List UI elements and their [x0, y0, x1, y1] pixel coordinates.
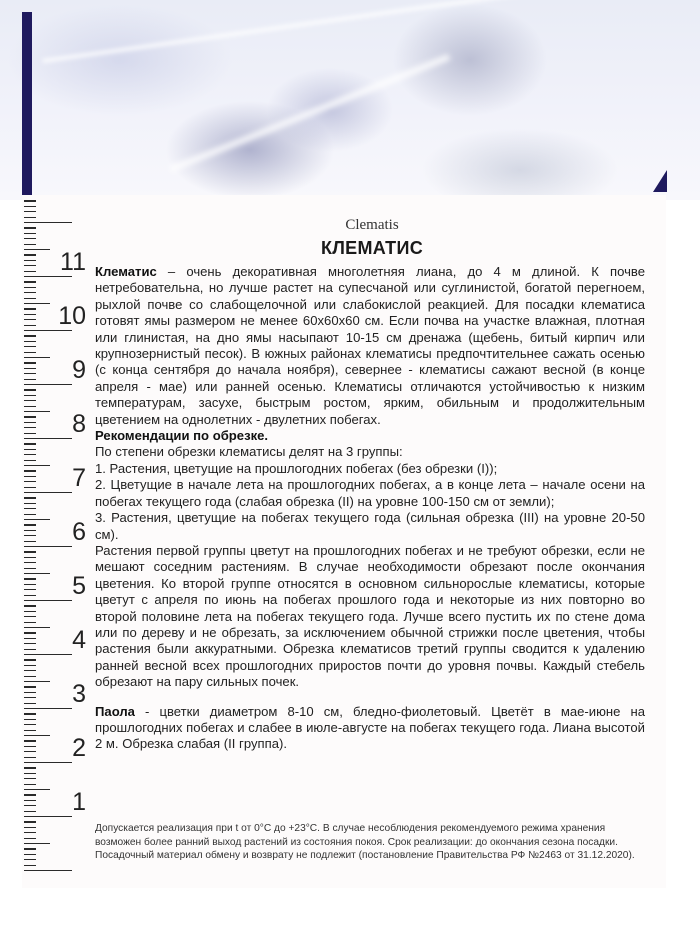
page-title: КЛЕМАТИС — [22, 238, 700, 259]
ruler-tick — [24, 292, 36, 293]
ruler-number: 3 — [56, 682, 86, 707]
ruler-tick — [24, 838, 36, 839]
ruler-tick — [24, 546, 72, 547]
ruler-tick — [24, 751, 36, 752]
ruler-tick — [24, 422, 36, 423]
ruler-tick — [24, 600, 72, 601]
ruler-tick — [24, 740, 36, 741]
ruler-tick — [24, 265, 36, 266]
latin-name: Clematis — [22, 217, 700, 234]
footer-line: Допускается реализация при t от 0°С до +… — [95, 822, 655, 836]
ruler-tick — [24, 670, 36, 671]
pruning-heading: Рекомендации по обрезке. — [95, 428, 645, 444]
ruler-tick — [24, 335, 36, 336]
ruler-number: 6 — [56, 520, 86, 545]
ruler-number: 7 — [56, 466, 86, 491]
ruler-tick — [24, 865, 36, 866]
ruler-tick — [24, 460, 36, 461]
ruler-tick — [24, 314, 36, 315]
ruler-tick — [24, 514, 36, 515]
variety-name: Паола — [95, 704, 135, 719]
ruler-tick — [24, 870, 72, 871]
ruler-number: 1 — [56, 790, 86, 815]
variety-paragraph: Паола - цветки диаметром 8-10 см, бледно… — [95, 704, 645, 753]
ruler-tick — [24, 352, 36, 353]
ruler-tick — [24, 319, 36, 320]
ruler-tick — [24, 524, 36, 525]
ruler-tick — [24, 497, 36, 498]
ruler-tick — [24, 719, 36, 720]
ruler-tick — [24, 465, 50, 466]
ruler-tick — [24, 713, 36, 714]
ruler-tick — [24, 541, 36, 542]
ruler-tick — [24, 200, 36, 201]
ruler-tick — [24, 843, 50, 844]
ruler-tick — [24, 735, 50, 736]
ruler-number: 5 — [56, 574, 86, 599]
ruler-tick — [24, 562, 36, 563]
ruler-tick — [24, 271, 36, 272]
ruler-tick — [24, 287, 36, 288]
ruler-tick — [24, 811, 36, 812]
ruler-tick — [24, 400, 36, 401]
ruler-number: 8 — [56, 412, 86, 437]
ruler-tick — [24, 730, 36, 731]
ruler-tick — [24, 346, 36, 347]
ruler-tick — [24, 605, 36, 606]
ruler-tick — [24, 794, 36, 795]
ruler-tick — [24, 681, 50, 682]
ruler-tick — [24, 773, 36, 774]
ruler-tick — [24, 557, 36, 558]
package-border-right — [653, 170, 667, 192]
ruler-tick — [24, 384, 72, 385]
ruler-tick — [24, 568, 36, 569]
footer-line: Посадочный материал обмену и возврату не… — [95, 849, 655, 863]
ruler-tick — [24, 487, 36, 488]
ruler-tick — [24, 573, 50, 574]
ruler-tick — [24, 503, 36, 504]
ruler-tick — [24, 708, 72, 709]
ruler-tick — [24, 816, 72, 817]
ruler-tick — [24, 676, 36, 677]
ruler-tick — [24, 357, 50, 358]
ruler-tick — [24, 805, 36, 806]
ruler-tick — [24, 362, 36, 363]
ruler-tick — [24, 330, 72, 331]
ruler-tick — [24, 800, 36, 801]
ruler: 1110987654321 — [22, 195, 82, 888]
ruler-tick — [24, 686, 36, 687]
ruler-tick — [24, 632, 36, 633]
variety-text: - цветки диаметром 8-10 см, бледно-фиоле… — [95, 704, 645, 752]
ruler-tick — [24, 627, 50, 628]
ruler-tick — [24, 433, 36, 434]
ruler-tick — [24, 859, 36, 860]
pruning-group-2: 2. Цветущие в начале лета на прошлогодни… — [95, 477, 645, 510]
ruler-tick — [24, 303, 50, 304]
ruler-tick — [24, 584, 36, 585]
ruler-tick — [24, 595, 36, 596]
ruler-tick — [24, 784, 36, 785]
ruler-tick — [24, 638, 36, 639]
ruler-tick — [24, 281, 36, 282]
ruler-tick — [24, 589, 36, 590]
description-paragraph: Клематис – очень декоративная многолетня… — [95, 264, 645, 428]
ruler-tick — [24, 443, 36, 444]
footer-line: возможен более ранний выход растений из … — [95, 836, 655, 850]
ruler-tick — [24, 411, 50, 412]
ruler-tick — [24, 416, 36, 417]
ruler-tick — [24, 578, 36, 579]
ruler-tick — [24, 703, 36, 704]
ruler-tick — [24, 508, 36, 509]
ruler-tick — [24, 535, 36, 536]
ruler-tick — [24, 438, 72, 439]
ruler-tick — [24, 470, 36, 471]
ruler-tick — [24, 854, 36, 855]
ruler-tick — [24, 654, 72, 655]
ruler-tick — [24, 659, 36, 660]
ruler-tick — [24, 767, 36, 768]
ruler-tick — [24, 260, 36, 261]
ruler-tick — [24, 622, 36, 623]
ruler-tick — [24, 757, 36, 758]
ruler-tick — [24, 762, 72, 763]
ruler-number: 2 — [56, 736, 86, 761]
ruler-tick — [24, 389, 36, 390]
ruler-tick — [24, 643, 36, 644]
pruning-intro: По степени обрезки клематисы делят на 3 … — [95, 444, 645, 460]
ruler-tick — [24, 476, 36, 477]
ruler-tick — [24, 551, 36, 552]
ruler-tick — [24, 298, 36, 299]
description-term: Клематис — [95, 264, 157, 279]
ruler-tick — [24, 481, 36, 482]
ruler-tick — [24, 665, 36, 666]
ruler-number: 4 — [56, 628, 86, 653]
ruler-tick — [24, 406, 36, 407]
ruler-tick — [24, 724, 36, 725]
ruler-tick — [24, 697, 36, 698]
ruler-tick — [24, 276, 72, 277]
ruler-tick — [24, 206, 36, 207]
ruler-tick — [24, 395, 36, 396]
ruler-tick — [24, 379, 36, 380]
plastic-bag-photo — [0, 0, 700, 200]
ruler-tick — [24, 611, 36, 612]
ruler-tick — [24, 789, 50, 790]
ruler-tick — [24, 832, 36, 833]
ruler-tick — [24, 827, 36, 828]
ruler-tick — [24, 519, 50, 520]
ruler-tick — [24, 325, 36, 326]
ruler-tick — [24, 692, 36, 693]
ruler-tick — [24, 530, 36, 531]
ruler-tick — [24, 373, 36, 374]
ruler-tick — [24, 368, 36, 369]
footer-notice: Допускается реализация при t от 0°С до +… — [95, 822, 655, 863]
ruler-tick — [24, 649, 36, 650]
ruler-tick — [24, 449, 36, 450]
ruler-tick — [24, 308, 36, 309]
pruning-group-3: 3. Растения, цветущие на побегах текущег… — [95, 510, 645, 543]
label-body: Клематис – очень декоративная многолетня… — [95, 264, 645, 753]
ruler-tick — [24, 454, 36, 455]
ruler-tick — [24, 616, 36, 617]
ruler-tick — [24, 211, 36, 212]
pruning-details: Растения первой группы цветут на прошлог… — [95, 543, 645, 691]
ruler-tick — [24, 427, 36, 428]
ruler-number: 10 — [56, 304, 86, 329]
ruler-tick — [24, 746, 36, 747]
ruler-tick — [24, 492, 72, 493]
ruler-tick — [24, 778, 36, 779]
ruler-tick — [24, 848, 36, 849]
ruler-tick — [24, 341, 36, 342]
description-text: – очень декоративная многолетняя лиана, … — [95, 264, 645, 427]
ruler-tick — [24, 821, 36, 822]
pruning-group-1: 1. Растения, цветущие на прошлогодних по… — [95, 461, 645, 477]
ruler-number: 9 — [56, 358, 86, 383]
